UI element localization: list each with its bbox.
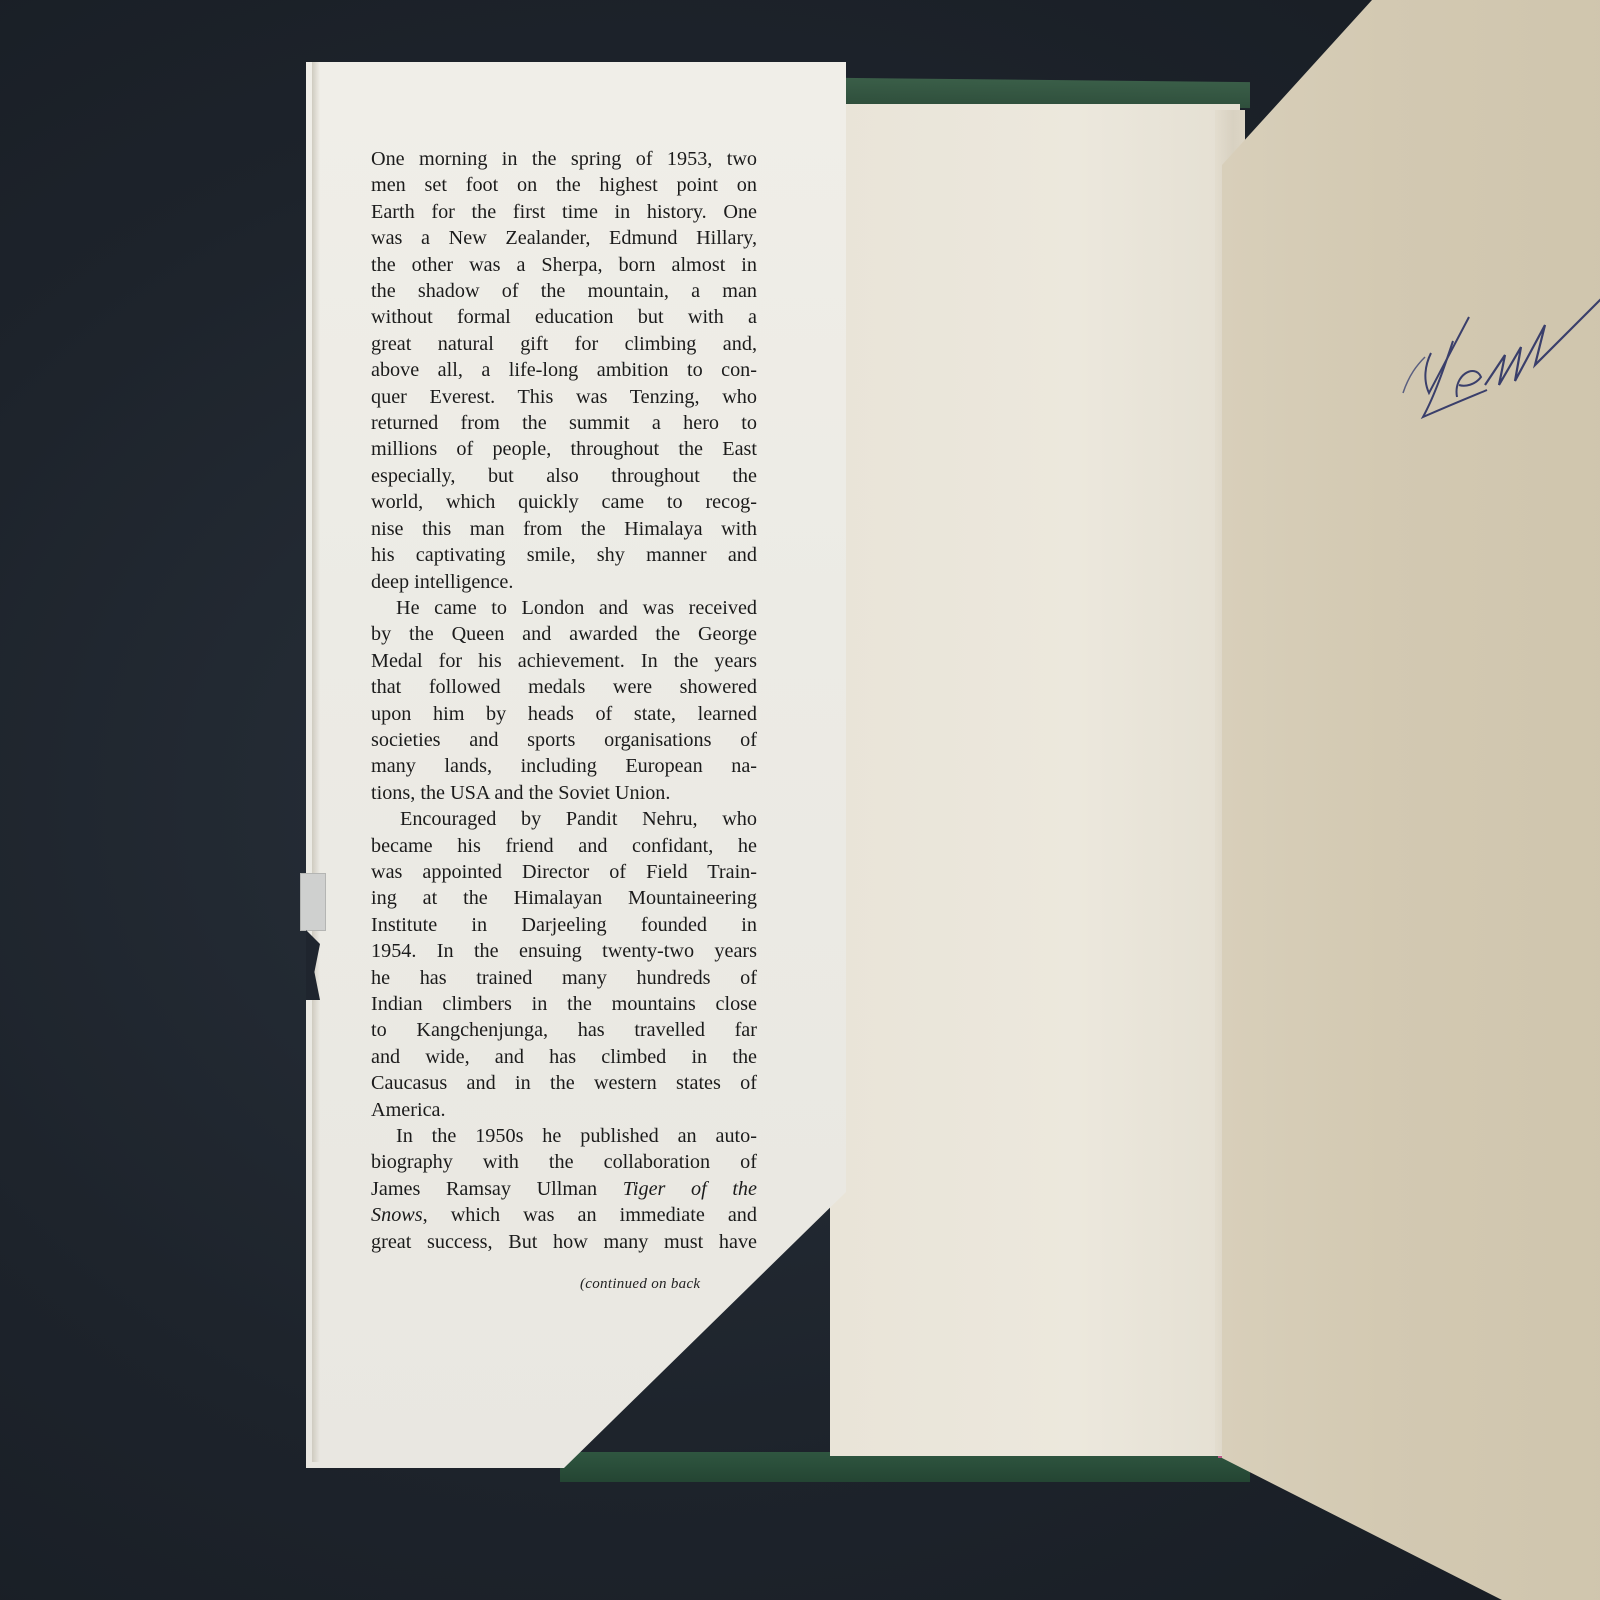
text-line: the shadow of the mountain, a man	[371, 278, 757, 304]
text-line: he has trained many hundreds of	[371, 965, 757, 991]
text-line: that followed medals were showered	[371, 674, 757, 700]
flyleaf-page	[1222, 0, 1600, 1600]
text-line: James Ramsay Ullman Tiger of the	[371, 1176, 757, 1202]
text-line: Institute in Darjeeling founded in	[371, 912, 757, 938]
text-line: Medal for his achievement. In the years	[371, 648, 757, 674]
text-line: without formal education but with a	[371, 304, 757, 330]
paragraph-3: Encouraged by Pandit Nehru, who became h…	[371, 806, 757, 1123]
text-fragment: James Ramsay Ullman	[371, 1178, 623, 1200]
flap-edge-shadow	[312, 62, 320, 1462]
book-cloth-board-bottom	[560, 1452, 1250, 1482]
paragraph-4: In the 1950s he published an auto- biogr…	[371, 1123, 757, 1255]
text-line: tions, the USA and the Soviet Union.	[371, 780, 757, 806]
book-title-italic: Tiger of the	[623, 1178, 757, 1200]
text-line: great natural gift for climbing and,	[371, 331, 757, 357]
text-line: Indian climbers in the mountains close	[371, 991, 757, 1017]
text-line: quer Everest. This was Tenzing, who	[371, 384, 757, 410]
text-line: ing at the Himalayan Mountaineering	[371, 885, 757, 911]
text-line: nise this man from the Himalaya with	[371, 516, 757, 542]
text-line: America.	[371, 1097, 757, 1123]
text-line: upon him by heads of state, learned	[371, 701, 757, 727]
paragraph-2: He came to London and was received by th…	[371, 595, 757, 806]
signature	[1395, 285, 1600, 435]
text-line: his captivating smile, shy manner and	[371, 542, 757, 568]
text-line: and wide, and has climbed in the	[371, 1044, 757, 1070]
text-line: 1954. In the ensuing twenty-two years	[371, 938, 757, 964]
endpaper-left	[830, 104, 1240, 1456]
text-line: great success, But how many must have	[371, 1229, 757, 1255]
text-line: millions of people, throughout the East	[371, 436, 757, 462]
text-line: Earth for the first time in history. One	[371, 199, 757, 225]
text-line: was appointed Director of Field Train-	[371, 859, 757, 885]
text-line: men set foot on the highest point on	[371, 172, 757, 198]
text-line: biography with the collaboration of	[371, 1149, 757, 1175]
continued-note: (continued on back	[580, 1276, 700, 1293]
text-line: One morning in the spring of 1953, two	[371, 146, 757, 172]
book-title-italic: Snows	[371, 1204, 423, 1226]
text-line: many lands, including European na-	[371, 753, 757, 779]
text-line: He came to London and was received	[371, 595, 757, 621]
text-line: In the 1950s he published an auto-	[371, 1123, 757, 1149]
text-line: returned from the summit a hero to	[371, 410, 757, 436]
flap-blurb: One morning in the spring of 1953, two m…	[371, 146, 757, 1255]
text-line: societies and sports organisations of	[371, 727, 757, 753]
text-line: Snows, which was an immediate and	[371, 1202, 757, 1228]
signature-icon	[1395, 285, 1600, 435]
text-line: above all, a life-long ambition to con-	[371, 357, 757, 383]
text-line: to Kangchenjunga, has travelled far	[371, 1017, 757, 1043]
text-line: especially, but also throughout the	[371, 463, 757, 489]
text-line: Caucasus and in the western states of	[371, 1070, 757, 1096]
text-line: deep intelligence.	[371, 569, 757, 595]
text-line: became his friend and confidant, he	[371, 833, 757, 859]
tape-repair	[300, 873, 326, 931]
text-line: world, which quickly came to recog-	[371, 489, 757, 515]
text-line: was a New Zealander, Edmund Hillary,	[371, 225, 757, 251]
paragraph-1: One morning in the spring of 1953, two m…	[371, 146, 757, 595]
text-line: by the Queen and awarded the George	[371, 621, 757, 647]
text-fragment: , which was an immediate and	[423, 1204, 757, 1226]
text-line: Encouraged by Pandit Nehru, who	[371, 806, 757, 832]
text-line: the other was a Sherpa, born almost in	[371, 252, 757, 278]
